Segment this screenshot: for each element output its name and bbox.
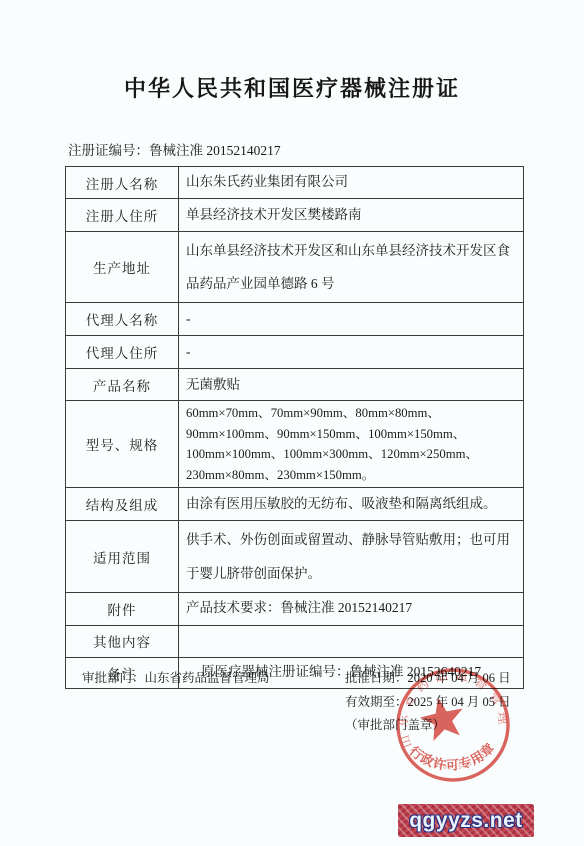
row-label: 型号、规格 [66,401,179,487]
table-row: 产品名称 无菌敷贴 [66,369,523,401]
row-value: 由涂有医用压敏胶的无纺布、吸液垫和隔离纸组成。 [179,488,523,520]
row-label: 生产地址 [66,232,179,302]
row-value: 60mm×70mm、70mm×90mm、80mm×80mm、90mm×100mm… [179,401,523,487]
row-value: - [179,336,523,368]
row-label: 产品名称 [66,369,179,400]
table-row: 结构及组成 由涂有医用压敏胶的无纺布、吸液垫和隔离纸组成。 [66,488,523,521]
table-row: 代理人名称 - [66,303,523,336]
approval-department: 审批部门：山东省药品监督管理局 [82,668,270,686]
table-row: 适用范围 供手术、外伤创面或留置动、静脉导管贴敷用；也可用于婴儿脐带创面保护。 [66,521,523,592]
certificate-number: 注册证编号：鲁械注准 20152140217 [68,139,281,159]
row-value: 单县经济技术开发区樊楼路南 [179,199,523,231]
seal-number: 3701027503440 [422,744,488,778]
row-label: 注册人住所 [66,199,179,231]
row-label: 适用范围 [66,521,179,591]
page-title: 中华人民共和国医疗器械注册证 [0,72,584,103]
svg-text:3701027503440: 3701027503440 [422,744,488,778]
row-label: 代理人住所 [66,336,179,368]
row-label: 附件 [66,593,179,625]
site-watermark-text: qgyyzs.net [409,809,523,833]
row-label: 其他内容 [66,626,179,657]
row-value [179,626,523,657]
row-label: 代理人名称 [66,303,179,335]
table-row: 型号、规格 60mm×70mm、70mm×90mm、80mm×80mm、90mm… [66,401,523,488]
table-row: 代理人住所 - [66,336,523,369]
row-value: 产品技术要求：鲁械注准 20152140217 [179,593,523,625]
row-label: 结构及组成 [66,488,179,520]
row-value: 山东朱氏药业集团有限公司 [179,167,523,198]
table-row: 注册人住所 单县经济技术开发区樊楼路南 [66,199,523,232]
table-row: 其他内容 [66,626,523,658]
row-value: 无菌敷贴 [179,369,523,400]
table-row: 生产地址 山东单县经济技术开发区和山东单县经济技术开发区食品药品产业园单德路 6… [66,232,523,303]
valid-until-date: 有效期至：2025 年 04 月 05 日 [345,691,511,715]
row-value: 供手术、外伤创面或留置动、静脉导管贴敷用；也可用于婴儿脐带创面保护。 [179,521,523,591]
site-watermark: qgyyzs.net [398,804,534,837]
row-label: 注册人名称 [66,167,179,198]
certificate-page: { "page": { "title": "中华人民共和国医疗器械注册证", "… [0,0,584,846]
seal-note: （审批部门盖章） [345,714,511,738]
footer-dates: 批准日期：2020 年 04 月 06 日 有效期至：2025 年 04 月 0… [345,667,511,738]
certificate-table: 注册人名称 山东朱氏药业集团有限公司 注册人住所 单县经济技术开发区樊楼路南 生… [65,166,524,689]
approval-date: 批准日期：2020 年 04 月 06 日 [345,667,511,691]
row-value: 山东单县经济技术开发区和山东单县经济技术开发区食品药品产业园单德路 6 号 [179,232,523,302]
table-row: 附件 产品技术要求：鲁械注准 20152140217 [66,593,523,626]
row-value: - [179,303,523,335]
table-row: 注册人名称 山东朱氏药业集团有限公司 [66,167,523,199]
